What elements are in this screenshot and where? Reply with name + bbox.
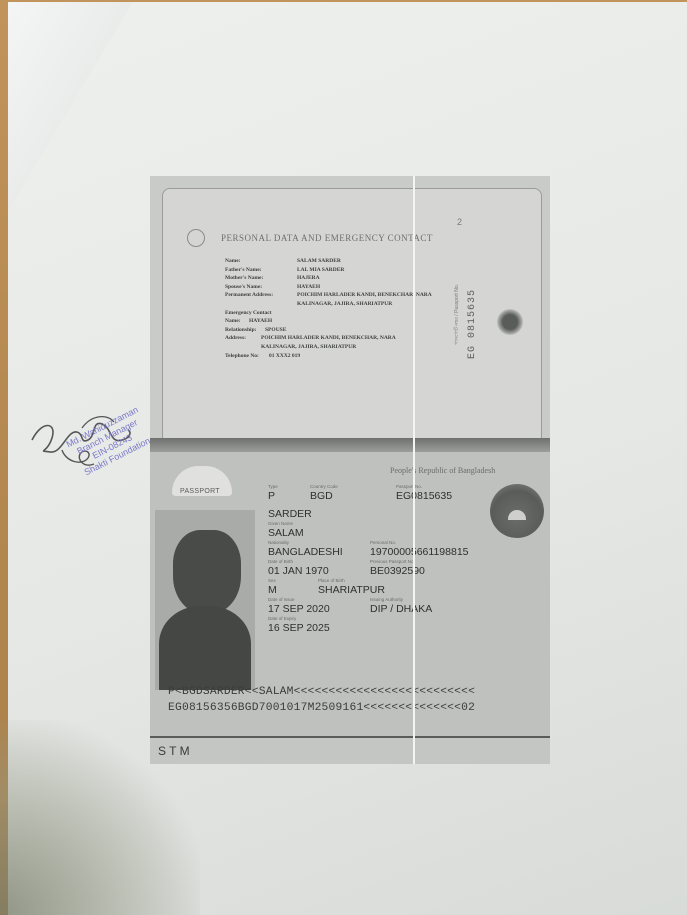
doe-label: Date of Expiry xyxy=(268,616,296,621)
national-seal-icon xyxy=(490,484,544,538)
data-row: Name:SALAM SARDER xyxy=(225,257,432,266)
type-label: Type xyxy=(268,484,278,489)
attestation-stamp: Md. Wahiduzzaman Branch Manager EIN-0824… xyxy=(22,410,172,540)
type-value: P xyxy=(268,490,275,502)
water-lily-icon xyxy=(508,510,526,520)
authority-value: DIP / DHAKA xyxy=(370,603,432,615)
vertical-passport-label: পাসপোর্ট নম্বর / Passport No. xyxy=(453,284,461,345)
data-row: KALINAGAR, JAJIRA, SHARIATPUR xyxy=(225,300,432,309)
data-row: Address:POICHIM HARLADER KANDI, BENEKCHA… xyxy=(225,334,432,343)
doe-value: 16 SEP 2025 xyxy=(268,622,330,634)
surname-value: SARDER xyxy=(268,508,312,520)
passport-no-label: Passport No. xyxy=(396,484,422,489)
passport-photocopy: PERSONAL DATA AND EMERGENCY CONTACT 2 Na… xyxy=(150,176,550,764)
data-row: Emergency Contact xyxy=(225,309,432,318)
page-number: 2 xyxy=(457,217,462,227)
personal-no-label: Personal No. xyxy=(370,540,396,545)
mrz-line-1: P<BGDSARDER<<SALAM<<<<<<<<<<<<<<<<<<<<<<… xyxy=(168,684,475,700)
country-code-label: Country Code xyxy=(310,484,338,489)
data-row: KALINAGAR, JAJIRA, SHARIATPUR xyxy=(225,343,432,352)
personal-data-title: PERSONAL DATA AND EMERGENCY CONTACT xyxy=(221,233,433,243)
personal-data-page: PERSONAL DATA AND EMERGENCY CONTACT 2 Na… xyxy=(162,188,542,452)
prev-passport-label: Previous Passport No. xyxy=(370,559,415,564)
dob-label: Date of Birth xyxy=(268,559,293,564)
data-row: Permanent Address:POICHIM HARLADER KANDI… xyxy=(225,291,432,300)
pob-value: SHARIATPUR xyxy=(318,584,385,596)
pob-label: Place of Birth xyxy=(318,578,345,583)
data-row: Father's Name:LAL MIA SARDER xyxy=(225,266,432,275)
passport-spine xyxy=(150,438,550,452)
nationality-label: Nationality xyxy=(268,540,289,545)
next-page-fragment: S T M xyxy=(150,738,550,764)
sex-value: M xyxy=(268,584,277,596)
biodata-page: PASSPORT People's Republic of Bangladesh… xyxy=(150,452,550,764)
authority-label: Issuing Authority xyxy=(370,597,403,602)
scanner-line xyxy=(413,176,415,764)
country-header: People's Republic of Bangladesh xyxy=(390,466,495,475)
next-page-text: S T M xyxy=(158,744,190,758)
prev-passport-value: BE0392590 xyxy=(370,565,425,577)
data-row: Spouse's Name:HAYAEH xyxy=(225,283,432,292)
curled-page-corner xyxy=(8,2,133,212)
personal-data-rows: Name:SALAM SARDER Father's Name:LAL MIA … xyxy=(225,257,432,360)
mrz-line-2: EG08156356BGD7001017M2509161<<<<<<<<<<<<… xyxy=(168,700,475,716)
sex-label: Sex xyxy=(268,578,276,583)
data-row: Name:HAYAEH xyxy=(225,317,432,326)
passport-no-value: EG0815635 xyxy=(396,490,452,502)
nationality-value: BANGLADESHI xyxy=(268,546,343,558)
machine-readable-zone: P<BGDSARDER<<SALAM<<<<<<<<<<<<<<<<<<<<<<… xyxy=(168,684,475,716)
given-name-value: SALAM xyxy=(268,527,304,539)
vertical-passport-number: EG 0815635 xyxy=(467,289,478,359)
data-row: Relationship:SPOUSE xyxy=(225,326,432,335)
data-row: Telephone No:01 XXX2 019 xyxy=(225,352,432,361)
country-code-value: BGD xyxy=(310,490,333,502)
data-row: Mother's Name:HAJERA xyxy=(225,274,432,283)
doi-label: Date of Issue xyxy=(268,597,295,602)
given-name-label: Given Name xyxy=(268,521,293,526)
doi-value: 17 SEP 2020 xyxy=(268,603,330,615)
passport-logo-text: PASSPORT xyxy=(180,488,220,495)
body-silhouette xyxy=(159,606,251,690)
personal-no-value: 19700005661198815 xyxy=(370,546,469,558)
dob-value: 01 JAN 1970 xyxy=(268,565,329,577)
seal-icon xyxy=(497,309,523,335)
emblem-icon xyxy=(187,229,205,247)
head-silhouette xyxy=(173,530,241,614)
